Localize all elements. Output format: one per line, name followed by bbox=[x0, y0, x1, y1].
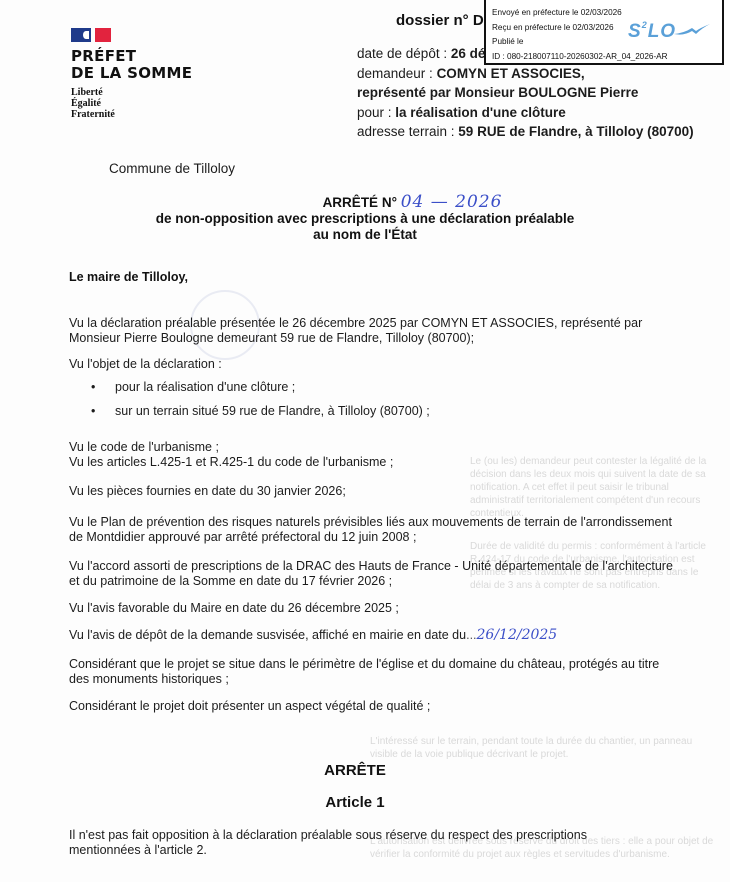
bullet-item: •sur un terrain situé 59 rue de Flandre,… bbox=[91, 404, 430, 418]
handwritten-date: 26/12/2025 bbox=[477, 627, 558, 643]
commune-name: Commune de Tilloloy bbox=[109, 161, 235, 176]
adresse-value: 59 RUE de Flandre, à Tilloloy (80700) bbox=[458, 124, 693, 139]
article-1-text: Il n'est pas fait opposition à la déclar… bbox=[69, 828, 609, 858]
bullet-text: sur un terrain situé 59 rue de Flandre, … bbox=[115, 404, 430, 418]
arrete-title: ARRÊTÉ N° 04 — 2026 de non-opposition av… bbox=[0, 194, 730, 243]
adresse-field: adresse terrain : 59 RUE de Flandre, à T… bbox=[357, 122, 697, 142]
vu-accord: Vu l'accord assorti de prescriptions de … bbox=[69, 559, 679, 589]
bullet-text: pour la réalisation d'une clôture ; bbox=[115, 380, 295, 394]
pour-field: pour : la réalisation d'une clôture bbox=[357, 103, 697, 123]
s2lo-arrow-icon bbox=[672, 22, 712, 38]
arrete-number-line: ARRÊTÉ N° 04 — 2026 bbox=[0, 194, 730, 211]
logo-title-line1: PRÉFET bbox=[71, 48, 192, 65]
dossier-label: dossier n° DP bbox=[396, 12, 493, 29]
pour-value: la réalisation d'une clôture bbox=[395, 105, 566, 120]
article-1-title: Article 1 bbox=[0, 794, 730, 811]
arrete-subtitle-line1: de non-opposition avec prescriptions à u… bbox=[0, 211, 730, 227]
considerant-vegetal: Considérant le projet doit présenter un … bbox=[69, 699, 679, 714]
vu-plan: Vu le Plan de prévention des risques nat… bbox=[69, 515, 679, 545]
vu-avis-depot-text: Vu l'avis de dépôt de la demande susvisé… bbox=[69, 628, 466, 642]
represente-value: représenté par Monsieur BOULOGNE Pierre bbox=[357, 85, 638, 100]
demandeur-value: COMYN ET ASSOCIES, bbox=[437, 66, 585, 81]
vu-avis-depot: Vu l'avis de dépôt de la demande susvisé… bbox=[69, 628, 679, 643]
marianne-flag-icon bbox=[71, 28, 115, 42]
vu-objet: Vu l'objet de la déclaration : bbox=[69, 357, 679, 372]
adresse-label: adresse terrain : bbox=[357, 124, 458, 139]
bullet-item: •pour la réalisation d'une clôture ; bbox=[91, 380, 295, 394]
arrete-label: ARRÊTÉ N° bbox=[323, 195, 397, 210]
stamp-id: ID : 080-218007110-20260302-AR_04_2026-A… bbox=[492, 50, 722, 65]
s2lo-s: S bbox=[628, 21, 642, 42]
arrete-subtitle-line2: au nom de l'État bbox=[0, 227, 730, 243]
vu-avis-maire: Vu l'avis favorable du Maire en date du … bbox=[69, 601, 679, 616]
republic-motto: Liberté Égalité Fraternité bbox=[71, 87, 192, 120]
demandeur-field: demandeur : COMYN ET ASSOCIES, bbox=[357, 64, 697, 84]
considerant-perimetre: Considérant que le projet se situe dans … bbox=[69, 657, 679, 687]
represente-field: représenté par Monsieur BOULOGNE Pierre bbox=[357, 83, 697, 103]
demandeur-label: demandeur : bbox=[357, 66, 437, 81]
mayor-heading: Le maire de Tilloloy, bbox=[69, 270, 188, 284]
bleed-through-text: L'intéressé sur le terrain, pendant tout… bbox=[370, 735, 720, 761]
date-depot-label: date de dépôt : bbox=[357, 46, 451, 61]
vu-declaration: Vu la déclaration préalable présentée le… bbox=[69, 316, 679, 346]
dotted-leader: ... bbox=[466, 628, 476, 642]
pour-label: pour : bbox=[357, 105, 395, 120]
arrete-heading: ARRÊTE bbox=[0, 762, 730, 779]
vu-code: Vu le code de l'urbanisme ; bbox=[69, 440, 679, 455]
motto-egalite: Égalité bbox=[71, 98, 192, 109]
prefecture-receipt-stamp: Envoyé en préfecture le 02/03/2026 Reçu … bbox=[484, 0, 724, 65]
prefecture-logo: PRÉFET DE LA SOMME Liberté Égalité Frate… bbox=[71, 28, 192, 120]
motto-fraternite: Fraternité bbox=[71, 109, 192, 120]
vu-pieces: Vu les pièces fournies en date du 30 jan… bbox=[69, 484, 679, 499]
s2lo-logo: S2LO bbox=[628, 18, 676, 40]
motto-liberte: Liberté bbox=[71, 87, 192, 98]
document-page: Le (ou les) demandeur peut contester la … bbox=[0, 0, 730, 882]
arrete-number-handwritten: 04 — 2026 bbox=[401, 192, 503, 212]
stamp-envoye: Envoyé en préfecture le 02/03/2026 bbox=[492, 6, 722, 21]
logo-title-line2: DE LA SOMME bbox=[71, 65, 192, 82]
vu-articles: Vu les articles L.425-1 et R.425-1 du co… bbox=[69, 455, 679, 470]
